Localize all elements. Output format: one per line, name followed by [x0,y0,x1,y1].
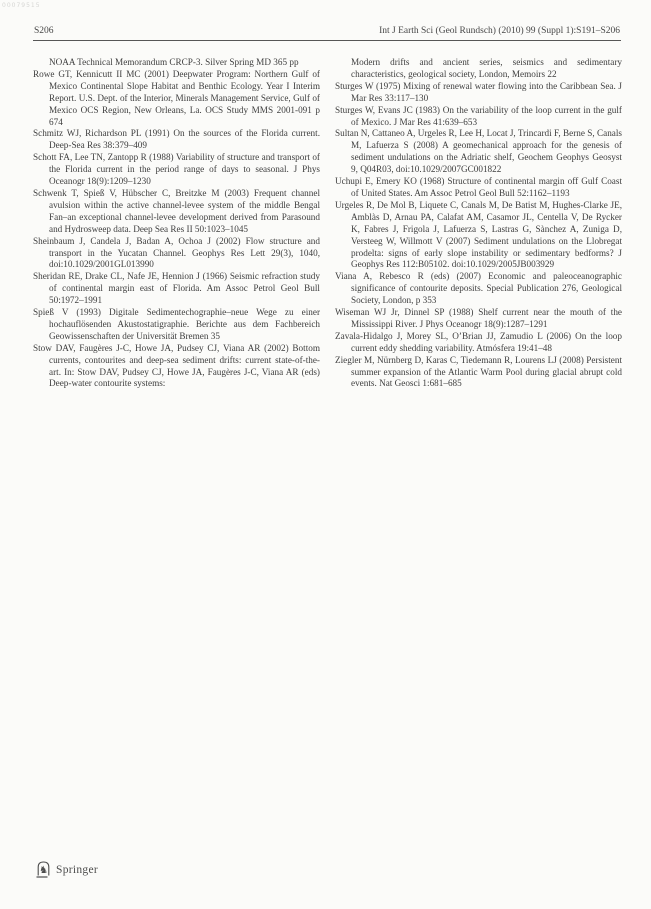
reference-entry: Zavala-Hidalgo J, Morey SL, O’Brian JJ, … [335,331,622,355]
scan-corner-mark: 00079515 [2,2,41,9]
reference-entry: Modern drifts and ancient series, seismi… [335,57,622,81]
scanned-paper-page: 00079515 S206 Int J Earth Sci (Geol Rund… [0,0,651,909]
page-header: S206 Int J Earth Sci (Geol Rundsch) (201… [34,26,620,36]
reference-entry: Wiseman WJ Jr, Dinnel SP (1988) Shelf cu… [335,307,622,331]
page-number: S206 [34,26,54,36]
reference-entry: NOAA Technical Memorandum CRCP-3. Silver… [33,57,320,69]
reference-entry: Viana A, Rebesco R (eds) (2007) Economic… [335,271,622,307]
reference-entry: Sturges W (1975) Mixing of renewal water… [335,81,622,105]
reference-entry: Urgeles R, De Mol B, Liquete C, Canals M… [335,200,622,271]
reference-entry: Stow DAV, Faugères J-C, Howe JA, Pudsey … [33,343,320,391]
reference-entry: Spieß V (1993) Digitale Sedimentechograp… [33,307,320,343]
journal-reference: Int J Earth Sci (Geol Rundsch) (2010) 99… [379,26,620,36]
reference-entry: Sultan N, Cattaneo A, Urgeles R, Lee H, … [335,128,622,176]
reference-entry: Sheridan RE, Drake CL, Nafe JE, Hennion … [33,271,320,307]
reference-entry: Ziegler M, Nürnberg D, Karas C, Tiedeman… [335,355,622,391]
reference-entry: Sturges W, Evans JC (1983) On the variab… [335,105,622,129]
references-right-column: Modern drifts and ancient series, seismi… [335,57,622,390]
header-rule [33,40,621,41]
publisher-name: Springer [56,864,98,876]
reference-entry: Schwenk T, Spieß V, Hübscher C, Breitzke… [33,188,320,236]
svg-text:♞: ♞ [39,865,48,876]
springer-knight-icon: ♞ [36,860,51,879]
references-left-column: NOAA Technical Memorandum CRCP-3. Silver… [33,57,320,390]
reference-entry: Sheinbaum J, Candela J, Badan A, Ochoa J… [33,236,320,272]
reference-entry: Rowe GT, Kennicutt II MC (2001) Deepwate… [33,69,320,129]
reference-entry: Schmitz WJ, Richardson PL (1991) On the … [33,128,320,152]
references-section: NOAA Technical Memorandum CRCP-3. Silver… [33,57,622,390]
reference-entry: Schott FA, Lee TN, Zantopp R (1988) Vari… [33,152,320,188]
reference-entry: Uchupi E, Emery KO (1968) Structure of c… [335,176,622,200]
publisher-footer: ♞ Springer [36,860,98,879]
